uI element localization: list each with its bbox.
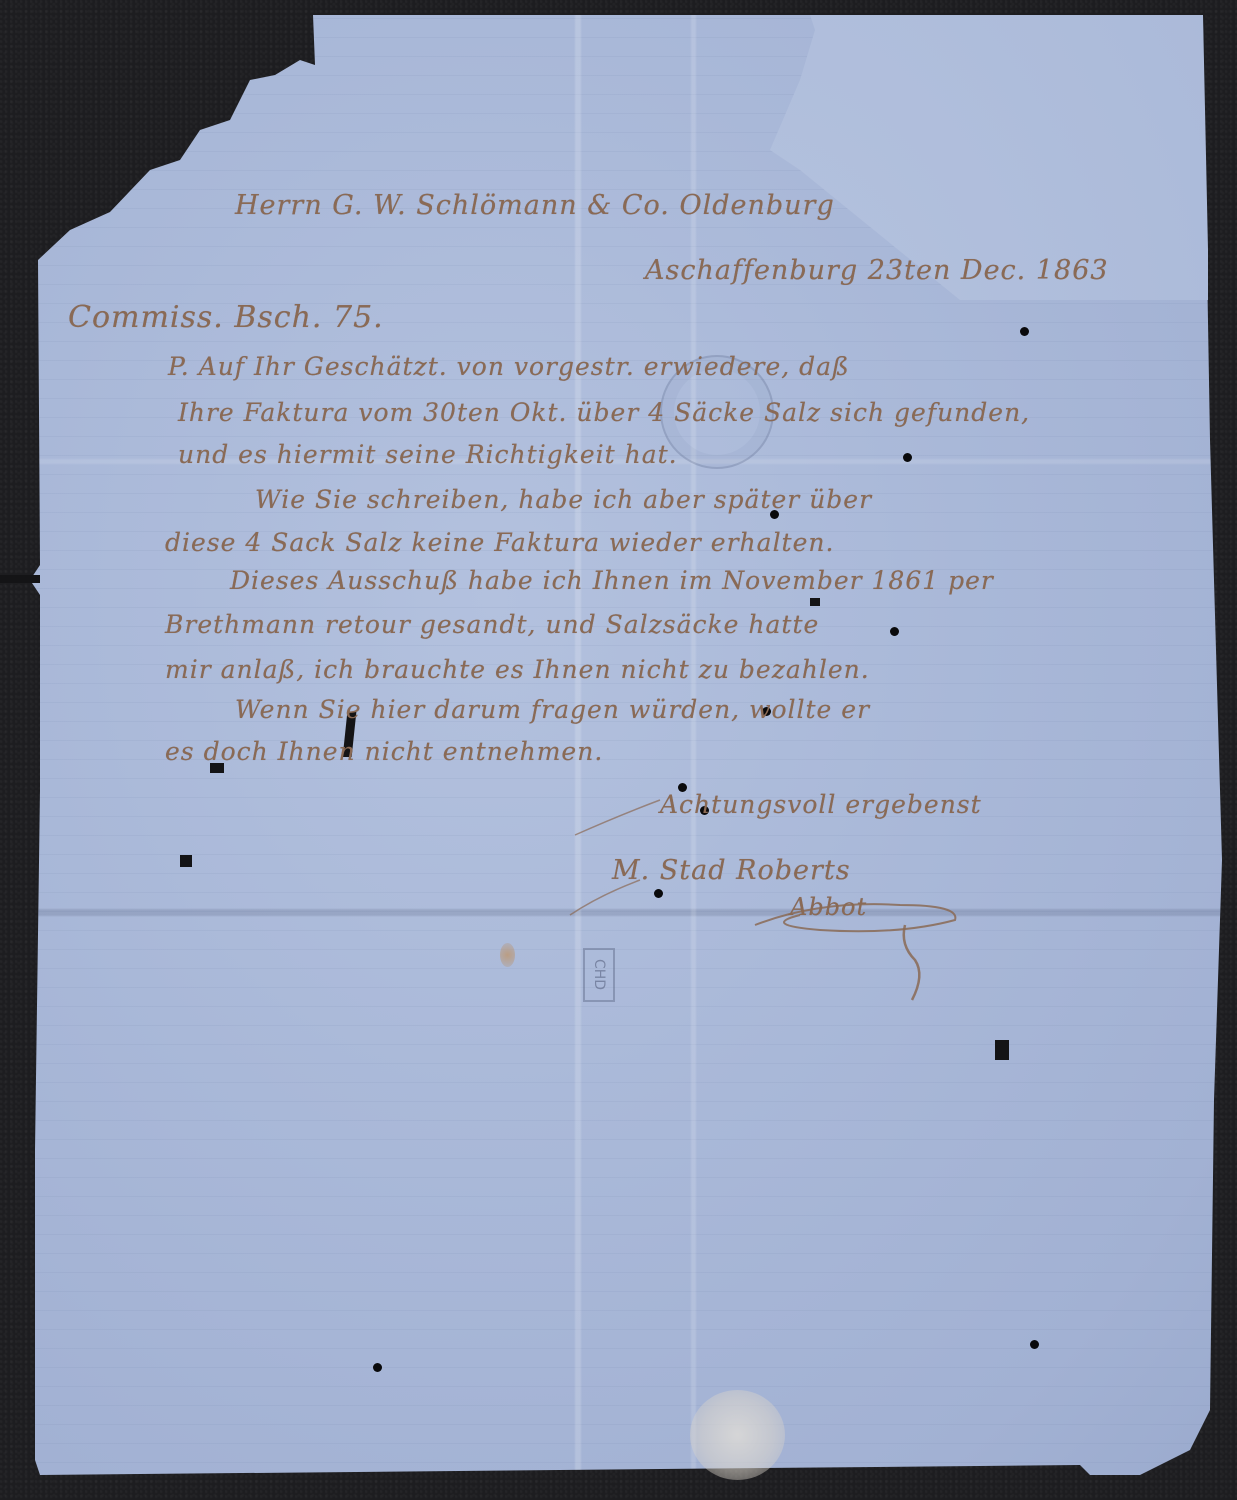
signature-flourish (0, 0, 1237, 1500)
